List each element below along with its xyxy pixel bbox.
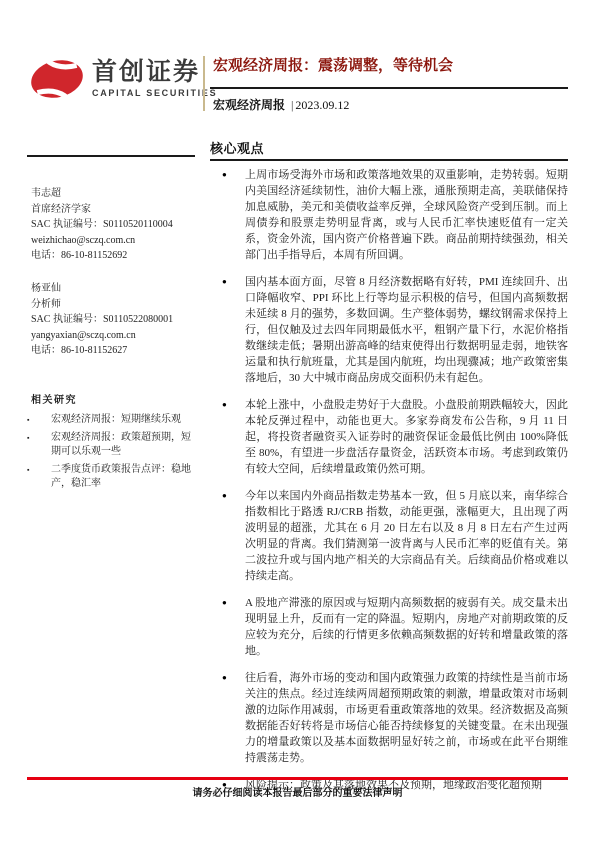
report-title: 宏观经济周报：震荡调整，等待机会 <box>213 56 569 76</box>
list-item: ● 本轮上涨中，小盘股走势好于大盘股。小盘股前期跌幅较大，因此本轮反弹过程中，动… <box>222 397 568 477</box>
title-rule <box>210 87 568 89</box>
list-item: ● 国内基本面方面，尽管 8 月经济数据略有好转，PMI 连续回升、出口降幅收窄… <box>222 274 568 386</box>
report-type: 宏观经济周报 <box>213 98 285 112</box>
logo-text: 首创证券 CAPITAL SECURITIES <box>92 58 217 98</box>
analyst-card: 韦志超 首席经济学家 SAC 执证编号：S0110520110004 weizh… <box>31 186 196 264</box>
analyst-email: yangyaxian@sczq.com.cn <box>31 328 196 344</box>
sidebar-top-rule <box>27 155 195 157</box>
analyst-role: 首席经济学家 <box>31 202 196 218</box>
core-views-list: ● 上周市场受海外市场和政策落地效果的双重影响，走势转弱。短期内美国经济延续韧性… <box>222 167 568 804</box>
report-subtitle: 宏观经济周报|2023.09.12 <box>213 96 349 113</box>
list-item: ● A 股地产滞涨的原因或与短期内高频数据的疲弱有关。成交量未出现明显上升，反而… <box>222 595 568 659</box>
analyst-name: 杨亚仙 <box>31 281 196 297</box>
core-view-text: A 股地产滞涨的原因或与短期内高频数据的疲弱有关。成交量未出现明显上升，反而有一… <box>245 595 568 659</box>
bullet-icon: ● <box>222 488 245 584</box>
capital-securities-logo-icon <box>28 57 86 106</box>
core-view-text: 今年以来国内外商品指数走势基本一致，但 5 月底以来，南华综合指数相比于路透 R… <box>245 488 568 584</box>
related-research: 相关研究 ▪ 宏观经济周报：短期继续乐观 ▪ 宏观经济周报：政策超预期，短期可以… <box>31 391 197 495</box>
logo-name-cn: 首创证券 <box>92 58 217 86</box>
list-item: ▪ 二季度货币政策报告点评：稳地产，稳汇率 <box>31 463 197 492</box>
analyst-sac-number: SAC 执证编号：S0110520110004 <box>31 217 196 233</box>
list-item: ● 今年以来国内外商品指数走势基本一致，但 5 月底以来，南华综合指数相比于路透… <box>222 488 568 584</box>
bullet-icon: ● <box>222 595 245 659</box>
analyst-sac-number: SAC 执证编号：S0110522080001 <box>31 312 196 328</box>
bullet-icon: ● <box>222 397 245 477</box>
section-title-rule <box>210 159 568 161</box>
header-vertical-divider <box>203 56 205 111</box>
related-research-item: 宏观经济周报：政策超预期，短期可以乐观一些 <box>37 431 197 460</box>
core-view-text: 国内基本面方面，尽管 8 月经济数据略有好转，PMI 连续回升、出口降幅收窄、P… <box>245 274 568 386</box>
core-view-text: 本轮上涨中，小盘股走势好于大盘股。小盘股前期跌幅较大，因此本轮反弹过程中，动能也… <box>245 397 568 477</box>
bullet-icon: ● <box>222 167 245 263</box>
report-date: 2023.09.12 <box>295 98 349 112</box>
analyst-role: 分析师 <box>31 297 196 313</box>
subtitle-separator: | <box>285 98 295 112</box>
analyst-phone: 电话：86-10-81152627 <box>31 343 196 359</box>
core-view-text: 上周市场受海外市场和政策落地效果的双重影响，走势转弱。短期内美国经济延续韧性，油… <box>245 167 568 263</box>
analyst-phone: 电话：86-10-81152692 <box>31 248 196 264</box>
analyst-card: 杨亚仙 分析师 SAC 执证编号：S0110522080001 yangyaxi… <box>31 281 196 359</box>
related-research-title: 相关研究 <box>31 391 197 406</box>
report-page: 首创证券 CAPITAL SECURITIES 宏观经济周报：震荡调整，等待机会… <box>0 0 595 842</box>
list-item: ● 往后看，海外市场的变动和国内政策强力政策的持续性是当前市场关注的焦点。经过连… <box>222 670 568 766</box>
bullet-icon: ● <box>222 670 245 766</box>
list-item: ▪ 宏观经济周报：短期继续乐观 <box>31 413 197 428</box>
core-view-text: 往后看，海外市场的变动和国内政策强力政策的持续性是当前市场关注的焦点。经过连续两… <box>245 670 568 766</box>
analyst-email: weizhichao@sczq.com.cn <box>31 233 196 249</box>
bullet-icon: ▪ <box>27 463 37 492</box>
bullet-icon: ▪ <box>27 413 37 428</box>
logo-name-en: CAPITAL SECURITIES <box>92 88 217 98</box>
legal-disclaimer: 请务必仔细阅读本报告最后部分的重要法律声明 <box>27 784 568 799</box>
list-item: ● 上周市场受海外市场和政策落地效果的双重影响，走势转弱。短期内美国经济延续韧性… <box>222 167 568 263</box>
section-title: 核心观点 <box>210 138 264 157</box>
list-item: ▪ 宏观经济周报：政策超预期，短期可以乐观一些 <box>31 431 197 460</box>
bullet-icon: ▪ <box>27 431 37 460</box>
bullet-icon: ● <box>222 274 245 386</box>
related-research-item: 二季度货币政策报告点评：稳地产，稳汇率 <box>37 463 197 492</box>
related-research-item: 宏观经济周报：短期继续乐观 <box>37 413 197 428</box>
footer-red-rule <box>27 777 568 780</box>
analyst-name: 韦志超 <box>31 186 196 202</box>
